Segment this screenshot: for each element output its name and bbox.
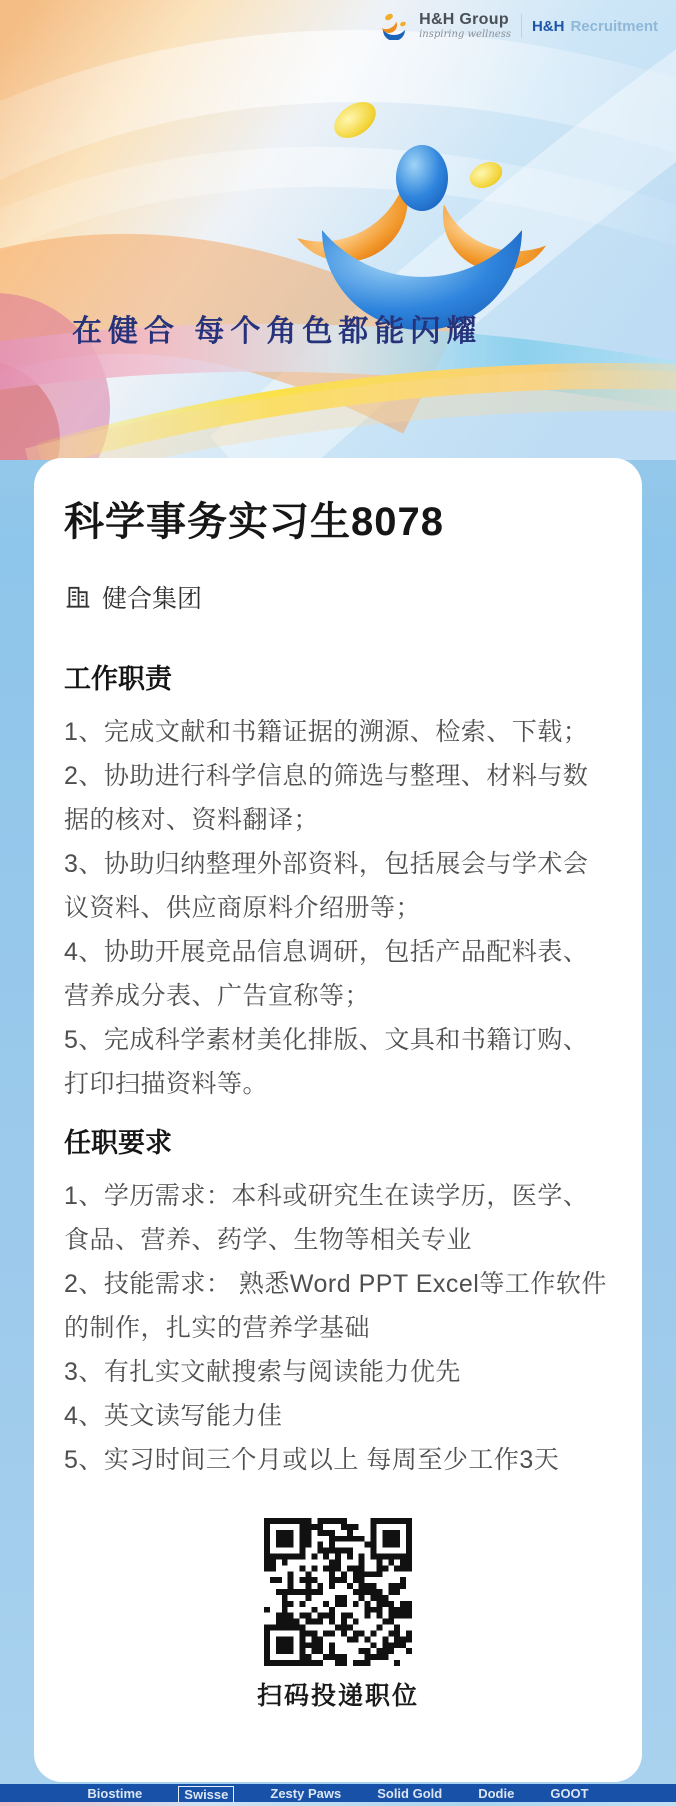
footer-brand-logo: Solid Gold [377,1786,442,1801]
company-building-icon [64,583,92,611]
job-card: 科学事务实习生8078 健合集团 工作职责 1、完成文献和书籍证据的溯源、检索、… [34,458,642,1782]
requirements-list: 1、学历需求：本科或研究生在读学历，医学、食品、营养、药学、生物等相关专业 2、… [64,1174,612,1482]
duty-item: 1、完成文献和书籍证据的溯源、检索、下载； [64,710,612,754]
footer-edge-strip [0,1802,676,1806]
requirements-heading: 任职要求 [64,1126,612,1160]
footer-brand-logo: Zesty Paws [270,1786,341,1801]
banner-artwork [0,0,676,460]
qr-label: 扫码投递职位 [257,1676,419,1712]
job-title: 科学事务实习生8078 [64,498,612,546]
requirement-item: 5、实习时间三个月或以上 每周至少工作3天 [64,1438,612,1482]
banner-swirl-graphic [0,0,676,460]
footer-brand-logo: Biostime [87,1786,142,1801]
qr-code-image [264,1518,412,1666]
company-row: 健合集团 [64,582,612,612]
hh-group-tagline: inspiring wellness [419,30,511,40]
duty-item: 3、协助归纳整理外部资料，包括展会与学术会议资料、供应商原料介绍册等； [64,842,612,930]
header-brandbar: H&H Group inspiring wellness H&H Recruit… [379,12,658,40]
qr-code [264,1518,412,1666]
requirement-item: 4、英文读写能力佳 [64,1394,612,1438]
company-name: 健合集团 [102,579,202,615]
requirement-item: 1、学历需求：本科或研究生在读学历，医学、食品、营养、药学、生物等相关专业 [64,1174,612,1262]
hh-group-name: H&H Group [419,12,511,28]
requirement-item: 3、有扎实文献搜索与阅读能力优先 [64,1350,612,1394]
duty-item: 2、协助进行科学信息的筛选与整理、材料与数据的核对、资料翻译； [64,754,612,842]
qr-section: 扫码投递职位 [64,1518,612,1712]
logo-divider [521,14,522,38]
footer-brand-logo: Swisse [178,1786,234,1803]
duty-item: 4、协助开展竞品信息调研，包括产品配料表、营养成分表、广告宣称等； [64,930,612,1018]
requirement-item: 2、技能需求： 熟悉Word PPT Excel等工作软件的制作，扎实的营养学基… [64,1262,612,1350]
duties-heading: 工作职责 [64,662,612,696]
recruitment-label: Recruitment [570,18,658,35]
recruitment-hh: H&H [532,18,565,35]
footer-brand-logo: GOOT [550,1786,588,1801]
hh-recruitment-wordmark: H&H Recruitment [532,18,658,35]
duty-item: 5、完成科学素材美化排版、文具和书籍订购、打印扫描资料等。 [64,1018,612,1106]
banner-slogan: 在健合 每个角色都能闪耀 [72,306,482,350]
duties-list: 1、完成文献和书籍证据的溯源、检索、下载； 2、协助进行科学信息的筛选与整理、材… [64,710,612,1106]
hh-group-wordmark: H&H Group inspiring wellness [419,12,511,40]
recruitment-poster: H&H Group inspiring wellness H&H Recruit… [0,0,676,1806]
footer-brand-logo: Dodie [478,1786,514,1801]
hh-group-mark-icon [379,12,409,40]
